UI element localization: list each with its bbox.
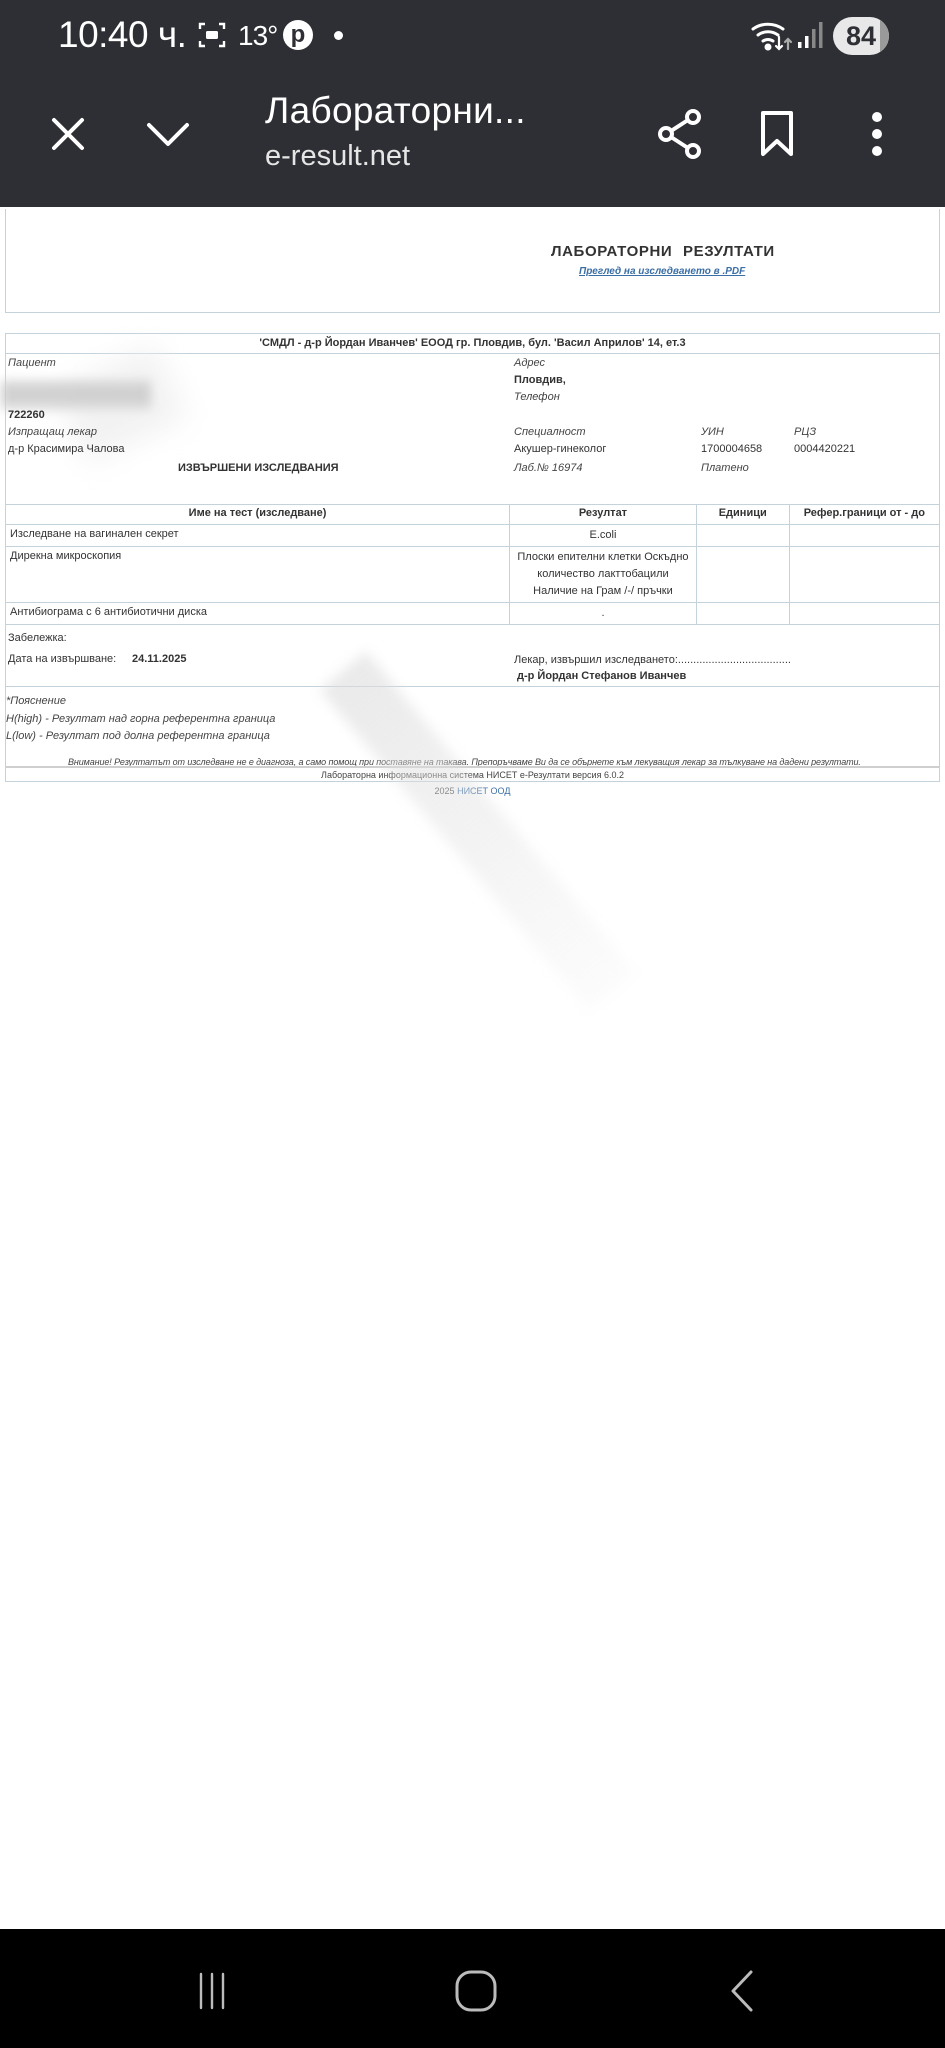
table-row: Дирекна микроскопия Плоски епителни клет… <box>6 547 939 603</box>
col-reference-range: Рефер.граници от - до <box>789 505 939 525</box>
view-pdf-link[interactable]: Преглед на изследването в .PDF <box>579 266 745 277</box>
results-table: Име на тест (изследване) Резултат Единиц… <box>6 504 939 625</box>
test-ref <box>789 547 939 603</box>
result-line: количество лакттобацили <box>514 566 692 583</box>
phone-label: Телефон <box>514 391 560 403</box>
test-name: Изследване на вагинален секрет <box>6 525 510 547</box>
document-header-box: ЛАБОРАТОРНИ РЕЗУЛТАТИ Преглед на изследв… <box>5 209 940 313</box>
test-name: Дирекна микроскопия <box>6 547 510 603</box>
note-label: Забележка: <box>8 632 67 644</box>
section-title: ИЗВЪРШЕНИ ИЗСЛЕДВАНИЯ <box>178 462 339 474</box>
lab-number: Лаб.№ 16974 <box>514 462 582 474</box>
chevron-down-icon <box>145 119 191 149</box>
home-icon <box>454 1969 498 2013</box>
back-button[interactable] <box>710 1959 774 2023</box>
legend-title: *Пояснение <box>6 695 66 707</box>
test-ref <box>789 603 939 625</box>
screenshot-icon <box>197 20 227 50</box>
patient-label: Пациент <box>8 357 56 369</box>
date-label: Дата на извършване: <box>8 653 116 665</box>
test-result: Плоски епителни клетки Оскъдно количеств… <box>510 547 697 603</box>
status-bar: 10:40 ч. 13° p <box>0 0 945 72</box>
paid-status: Платено <box>701 462 749 474</box>
back-icon <box>727 1969 757 2013</box>
table-row: Антибиограма с 6 антибиотични диска . <box>6 603 939 625</box>
footer-year: 2025 <box>435 786 455 796</box>
more-vert-icon <box>870 111 884 157</box>
close-icon <box>48 114 88 154</box>
uin-label: УИН <box>701 426 724 438</box>
col-result: Резултат <box>510 505 697 525</box>
result-line: Наличие на Грам /-/ пръчки <box>514 583 692 600</box>
legend-low: L(low) - Резултат под долна референтна г… <box>6 730 270 742</box>
document-title: ЛАБОРАТОРНИ РЕЗУЛТАТИ <box>551 243 775 260</box>
notes-section: Забележка: Дата на извършване: 24.11.202… <box>6 625 939 687</box>
recents-icon <box>192 1971 232 2011</box>
footer-system-version: Лабораторна информационна система НИСЕТ … <box>0 770 945 780</box>
system-navigation-bar <box>0 1929 945 2048</box>
battery-icon: 84 <box>833 17 889 55</box>
patient-name-redacted <box>1 380 151 410</box>
table-row: Изследване на вагинален секрет E.coli <box>6 525 939 547</box>
col-test-name: Име на тест (изследване) <box>6 505 510 525</box>
test-result: E.coli <box>510 525 697 547</box>
test-ref <box>789 525 939 547</box>
test-name: Антибиограма с 6 антибиотични диска <box>6 603 510 625</box>
test-result: . <box>510 603 697 625</box>
bookmark-icon <box>759 110 795 158</box>
specialty-label: Специалност <box>514 426 586 438</box>
specialty-value: Акушер-гинеколог <box>514 443 606 455</box>
address-value: Пловдив, <box>514 374 566 386</box>
footer-copyright: 2025 НИСЕТ ООД <box>0 786 945 796</box>
custom-tab-toolbar: Лабораторни... e-result.net <box>0 72 945 207</box>
close-button[interactable] <box>36 102 100 166</box>
signal-icon <box>796 20 824 50</box>
recents-button[interactable] <box>180 1959 244 2023</box>
result-line: Плоски епителни клетки Оскъдно <box>514 549 692 566</box>
pinterest-icon: p <box>283 20 313 50</box>
battery-level: 84 <box>846 21 876 51</box>
minimize-button[interactable] <box>136 102 200 166</box>
performer-label: Лекар, извършил изследването:...........… <box>514 654 791 666</box>
rcz-label: РЦЗ <box>794 426 816 438</box>
performer-name: д-р Йордан Стефанов Иванчев <box>517 670 686 682</box>
legend-high: H(high) - Резултат над горна референтна … <box>6 713 275 725</box>
bookmark-button[interactable] <box>745 102 809 166</box>
page-title-block[interactable]: Лабораторни... e-result.net <box>265 90 625 173</box>
footer-company-link[interactable]: НИСЕТ ООД <box>457 786 510 796</box>
rcz-value: 0004420221 <box>794 443 855 455</box>
referring-doctor-label: Изпращащ лекар <box>8 426 97 438</box>
status-time: 10:40 ч. <box>58 14 186 56</box>
share-button[interactable] <box>648 102 712 166</box>
date-value: 24.11.2025 <box>132 653 186 665</box>
browser-header: 10:40 ч. 13° p <box>0 0 945 207</box>
test-units <box>696 525 789 547</box>
page-title: Лабораторни... <box>265 90 625 132</box>
patient-id: 722260 <box>8 409 45 421</box>
notification-dot-icon <box>334 31 343 40</box>
table-header-row: Име на тест (изследване) Резултат Единиц… <box>6 505 939 525</box>
footer-divider <box>5 766 940 768</box>
test-units <box>696 603 789 625</box>
referring-doctor: д-р Красимира Чалова <box>8 443 125 455</box>
test-units <box>696 547 789 603</box>
share-icon <box>656 108 704 160</box>
home-button[interactable] <box>444 1959 508 2023</box>
wifi-icon <box>750 17 794 53</box>
page-url: e-result.net <box>265 140 625 173</box>
patient-info: Пациент 722260 Изпращащ лекар д-р Красим… <box>6 354 939 504</box>
weather-temperature: 13° <box>238 20 277 52</box>
more-options-button[interactable] <box>845 102 909 166</box>
col-units: Единици <box>696 505 789 525</box>
uin-value: 1700004658 <box>701 443 762 455</box>
address-label: Адрес <box>514 357 545 369</box>
results-panel: 'СМДЛ - д-р Йордан Иванчев' ЕООД гр. Пло… <box>5 333 940 782</box>
